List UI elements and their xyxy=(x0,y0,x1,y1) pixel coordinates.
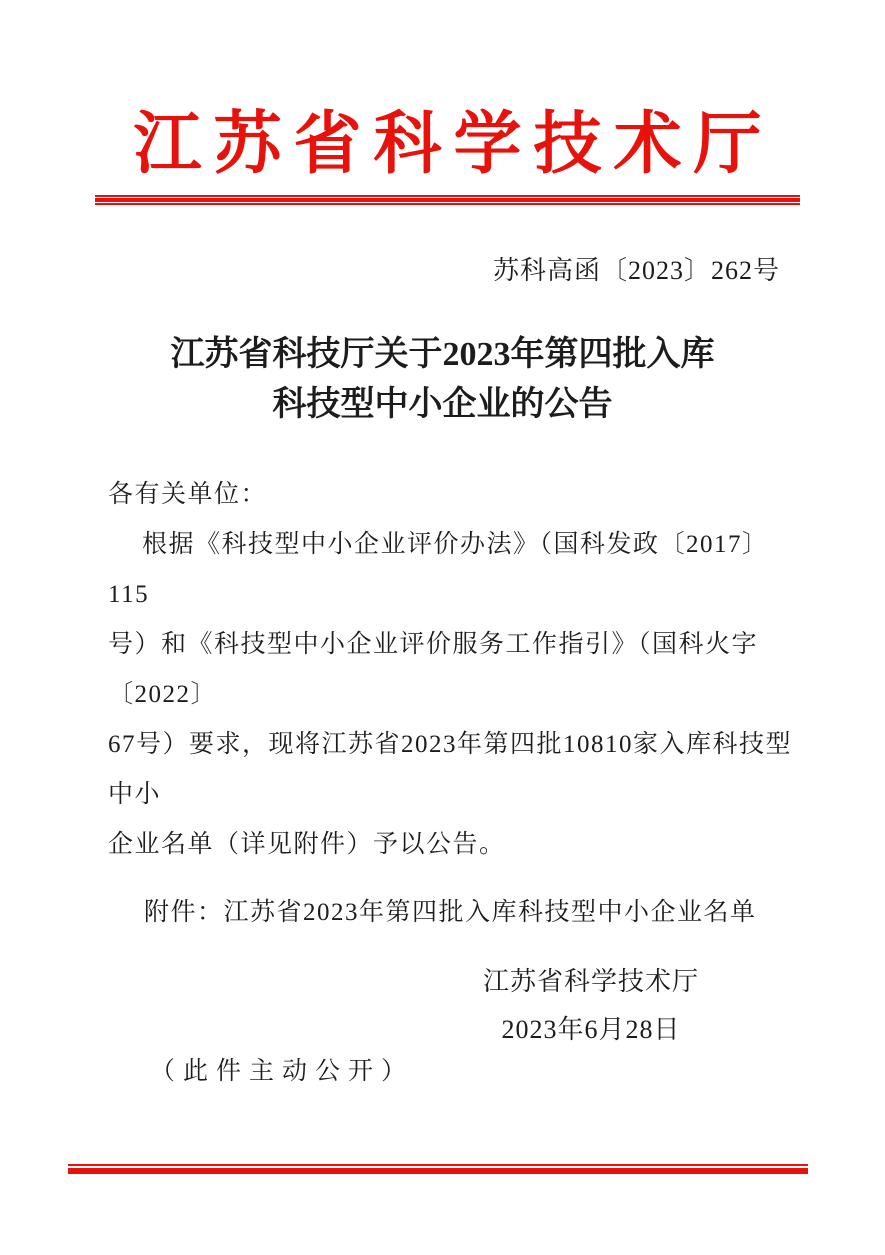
paragraph-line: 号）和《科技型中小企业评价服务工作指引》（国科火字〔2022〕 xyxy=(108,620,808,720)
signature-date: 2023年6月28日 xyxy=(396,1006,786,1054)
official-document-page: 江苏省科学技术厅 苏科高函〔2023〕262号 江苏省科技厅关于2023年第四批… xyxy=(0,0,885,1255)
footer-divider xyxy=(68,1164,808,1174)
document-title-line1: 江苏省科技厅关于2023年第四批入库 xyxy=(0,330,885,380)
document-body: 各有关单位： 根据《科技型中小企业评价办法》（国科发政〔2017〕115 号）和… xyxy=(108,470,808,938)
document-title: 江苏省科技厅关于2023年第四批入库 科技型中小企业的公告 xyxy=(0,330,885,430)
signature-agency: 江苏省科学技术厅 xyxy=(396,958,786,1006)
masthead-divider xyxy=(95,195,800,205)
document-title-line2: 科技型中小企业的公告 xyxy=(0,380,885,430)
salutation: 各有关单位： xyxy=(108,470,808,520)
paragraph-line: 67号）要求，现将江苏省2023年第四批10810家入库科技型中小 xyxy=(108,720,808,820)
document-number: 苏科高函〔2023〕262号 xyxy=(95,250,780,287)
signature-block: 江苏省科学技术厅 2023年6月28日 xyxy=(396,958,786,1054)
disclosure-note: （此件主动公开） xyxy=(150,1052,414,1092)
paragraph-line: 企业名单（详见附件）予以公告。 xyxy=(108,820,808,870)
attachment-reference: 附件：江苏省2023年第四批入库科技型中小企业名单 xyxy=(108,888,808,938)
paragraph-line: 根据《科技型中小企业评价办法》（国科发政〔2017〕115 xyxy=(108,520,808,620)
agency-masthead: 江苏省科学技术厅 xyxy=(95,104,800,186)
